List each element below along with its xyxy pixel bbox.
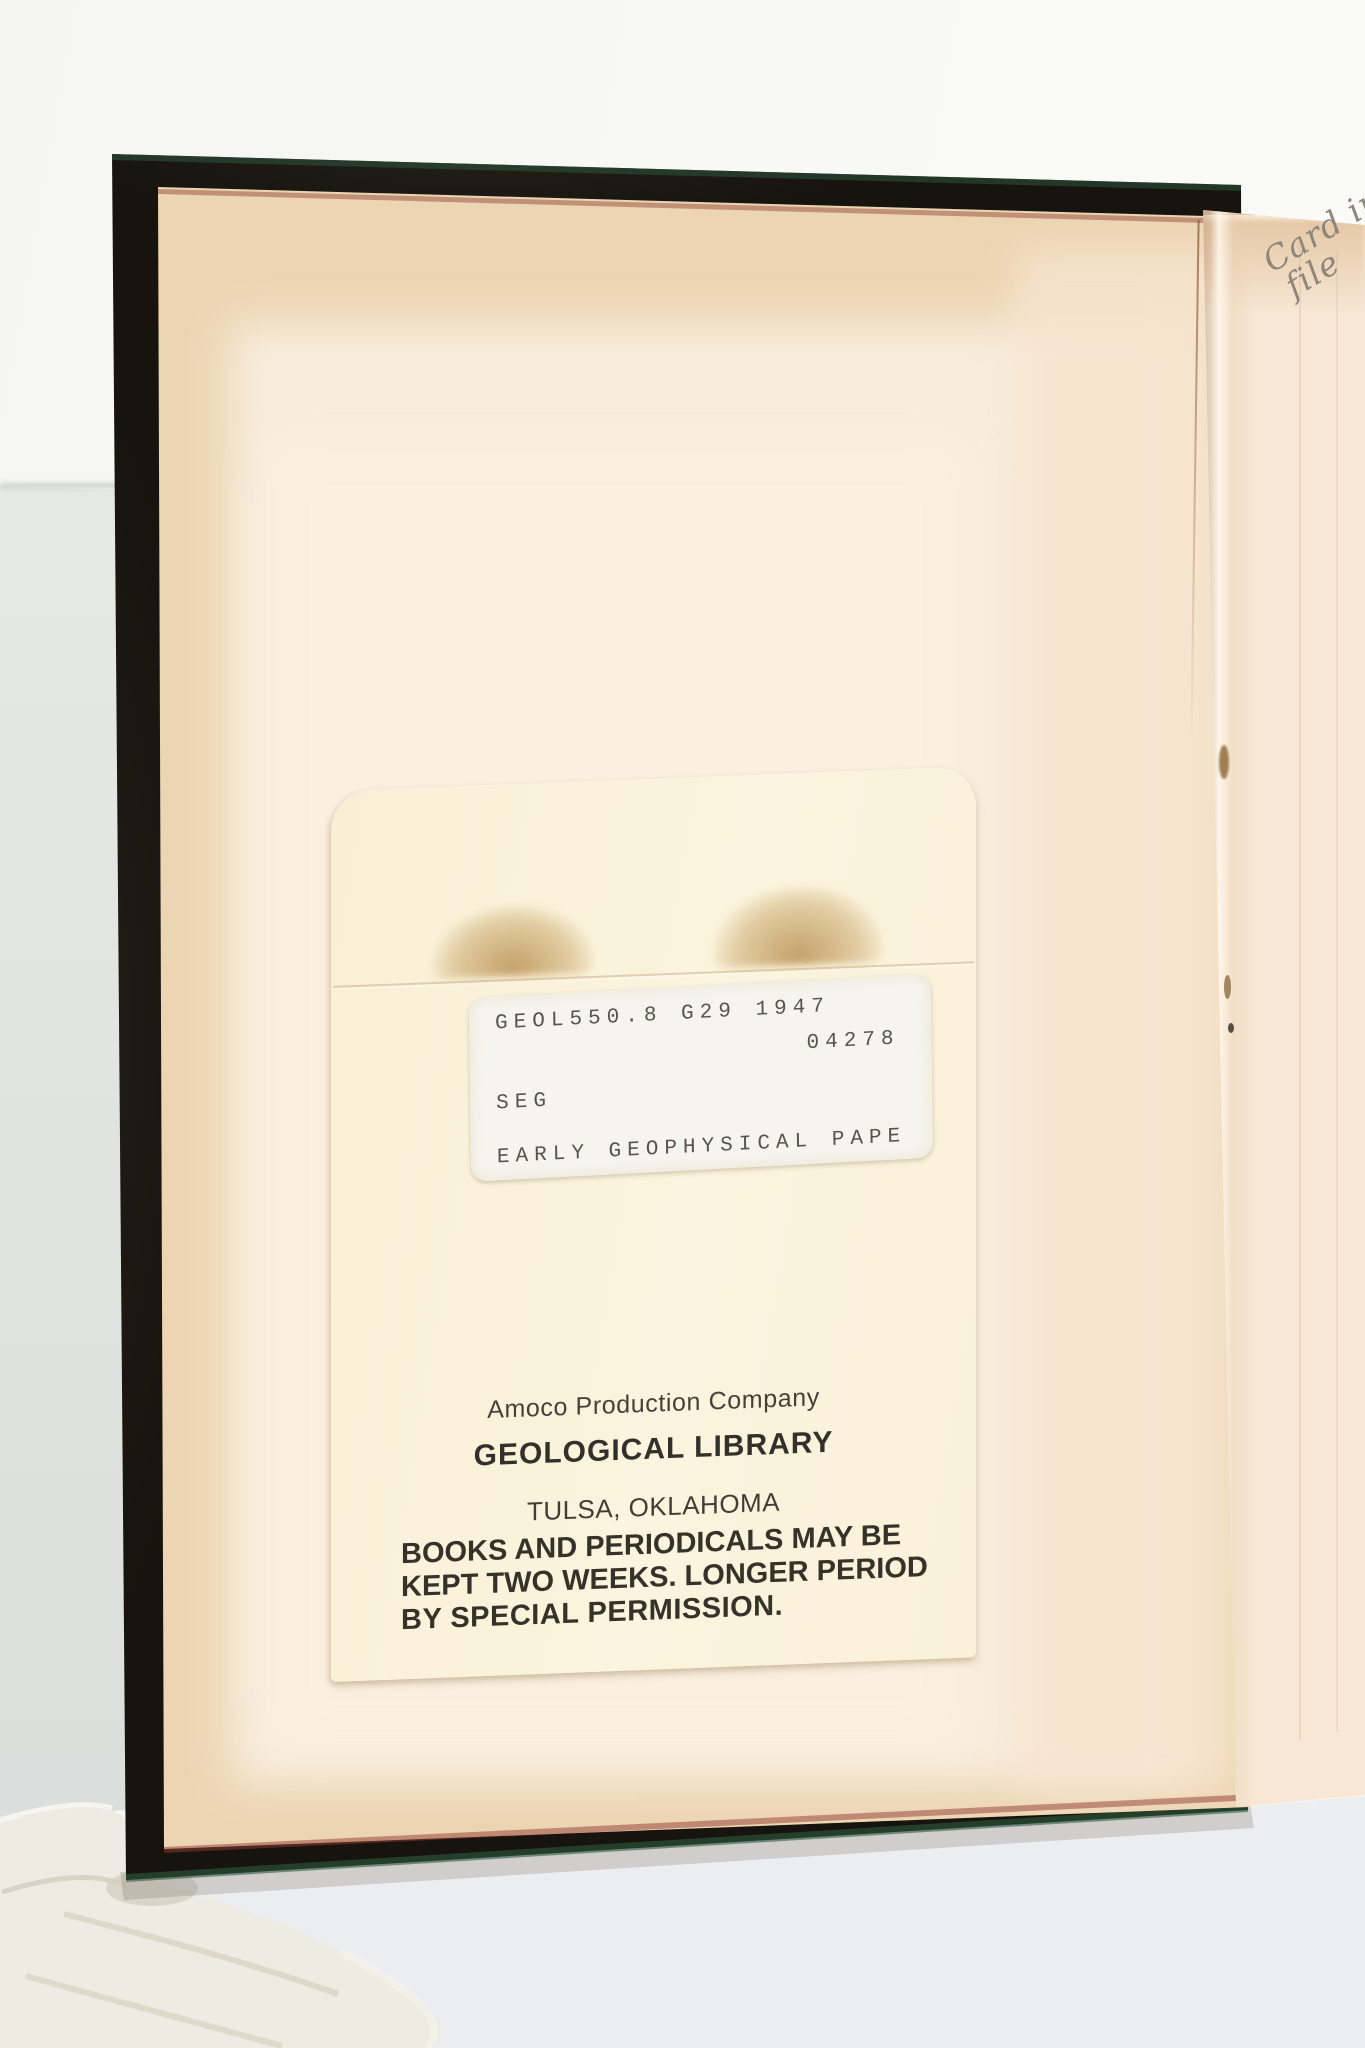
imprint-library-name: GEOLOGICAL LIBRARY — [331, 1420, 976, 1479]
backdrop-seam — [0, 483, 122, 488]
flyleaf-crease-line-2 — [1336, 252, 1338, 1732]
foxing-speck-1 — [1219, 745, 1229, 779]
pastedown-gutter-light — [1015, 250, 1235, 1790]
foxing-speck-3 — [1228, 1023, 1234, 1033]
foxing-speck-2 — [1224, 975, 1231, 999]
photo-book-inside-cover: GEOL550.8 G29 1947 04278 SEG EARLY GEOPH… — [0, 0, 1365, 2048]
pocket-imprint: Amoco Production Company GEOLOGICAL LIBR… — [331, 766, 976, 1682]
imprint-notice: BOOKS AND PERIODICALS MAY BE KEPT TWO WE… — [401, 1519, 907, 1637]
library-card-pocket: GEOL550.8 G29 1947 04278 SEG EARLY GEOPH… — [331, 766, 976, 1682]
flyleaf-crease-line-1 — [1299, 240, 1301, 1740]
